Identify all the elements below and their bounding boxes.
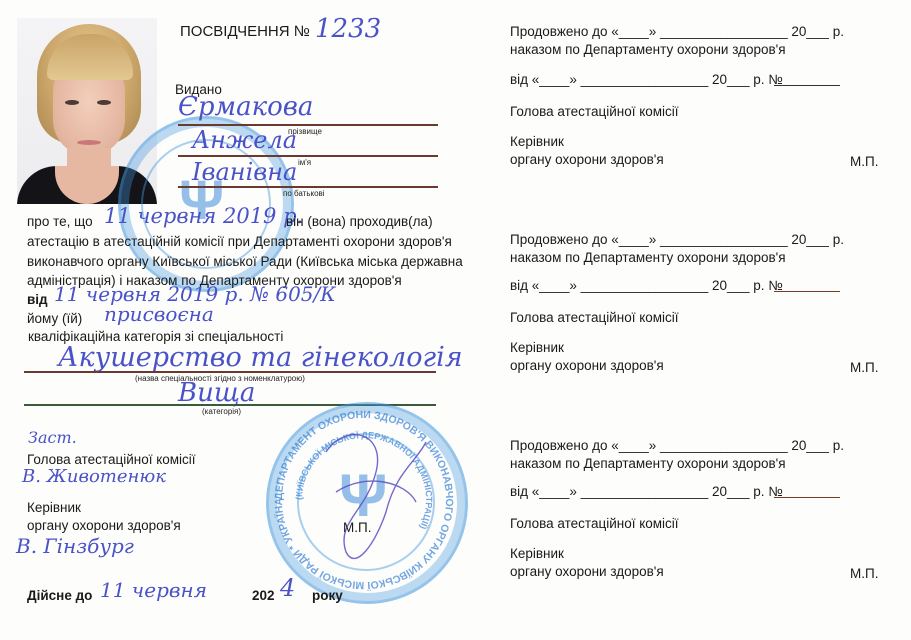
head-label-2: органу охорони здоров'я [510, 152, 664, 168]
valid-year-digit: 4 [280, 574, 295, 602]
order-line: наказом по Департаменту охорони здоров'я [510, 42, 786, 58]
specialty-value: Акушерство та гінекологія [58, 342, 463, 373]
valid-date: 11 червня [100, 578, 207, 602]
chair-signature: В. Животенюк [22, 466, 166, 487]
first-name-caption: ім'я [298, 158, 311, 167]
seal-label: М.П. [850, 360, 878, 376]
patronymic-caption: по батькові [283, 189, 325, 198]
extended-until[interactable]: Продовжено до «____» _________________ 2… [510, 24, 844, 40]
order-line: наказом по Департаменту охорони здоров'я [510, 456, 786, 472]
text-pro-te: про те, що [27, 214, 93, 230]
order-line: наказом по Департаменту охорони здоров'я [510, 250, 786, 266]
from-line[interactable]: від «____» _________________ 20___ р. № [510, 72, 783, 88]
certificate-title: ПОСВІДЧЕННЯ № [180, 24, 310, 40]
head-label-1: Керівник [27, 500, 81, 516]
order-number-blank[interactable] [774, 291, 840, 292]
text-passed: він (вона) проходив(ла) [286, 214, 433, 230]
valid-label: Дійсне до [27, 588, 92, 604]
head-label-2: органу охорони здоров'я [510, 358, 664, 374]
head-label-1: Керівник [510, 546, 564, 562]
seal-label-left: М.П. [343, 520, 371, 536]
deputy-note: Заст. [28, 428, 77, 447]
seal-label: М.П. [850, 566, 878, 582]
assigned-value: присвоєна [104, 302, 214, 326]
head-label-1: Керівник [510, 134, 564, 150]
surname-value: Єрмакова [178, 92, 313, 122]
assigned-label: йому (їй) [27, 311, 82, 327]
body-line-2: атестацію в атестаційній комісії при Деп… [27, 234, 452, 250]
head-label-1: Керівник [510, 340, 564, 356]
head-signature: В. Гінзбург [16, 534, 134, 558]
from-line[interactable]: від «____» _________________ 20___ р. № [510, 278, 783, 294]
head-label-2: органу охорони здоров'я [510, 564, 664, 580]
chair-label: Голова атестаційної комісії [510, 310, 679, 326]
chair-label: Голова атестаційної комісії [510, 104, 679, 120]
first-name-value: Анжела [192, 126, 297, 154]
from-line[interactable]: від «____» _________________ 20___ р. № [510, 484, 783, 500]
order-number-blank[interactable] [774, 497, 840, 498]
head-label-2: органу охорони здоров'я [27, 518, 181, 534]
attestation-date: 11 червня 2019 р. [104, 204, 303, 228]
extended-until[interactable]: Продовжено до «____» _________________ 2… [510, 232, 844, 248]
order-label: від [27, 292, 48, 308]
category-caption: (категорія) [202, 407, 241, 416]
body-line-3: виконавчого органу Київської міської Рад… [27, 254, 463, 270]
chair-label: Голова атестаційної комісії [510, 516, 679, 532]
valid-year-suffix: року [312, 588, 343, 604]
certificate-number: 1233 [315, 14, 381, 44]
extended-until[interactable]: Продовжено до «____» _________________ 2… [510, 438, 844, 454]
order-number-blank[interactable] [774, 85, 840, 86]
valid-year-prefix: 202 [252, 588, 275, 604]
seal-signature-scribble [266, 402, 462, 598]
patronymic-value: Іванівна [192, 158, 297, 186]
seal-label: М.П. [850, 154, 878, 170]
official-seal-bottom: ДЕПАРТАМЕНТ ОХОРОНИ ЗДОРОВ'Я ВИКОНАВЧОГО… [266, 402, 468, 604]
